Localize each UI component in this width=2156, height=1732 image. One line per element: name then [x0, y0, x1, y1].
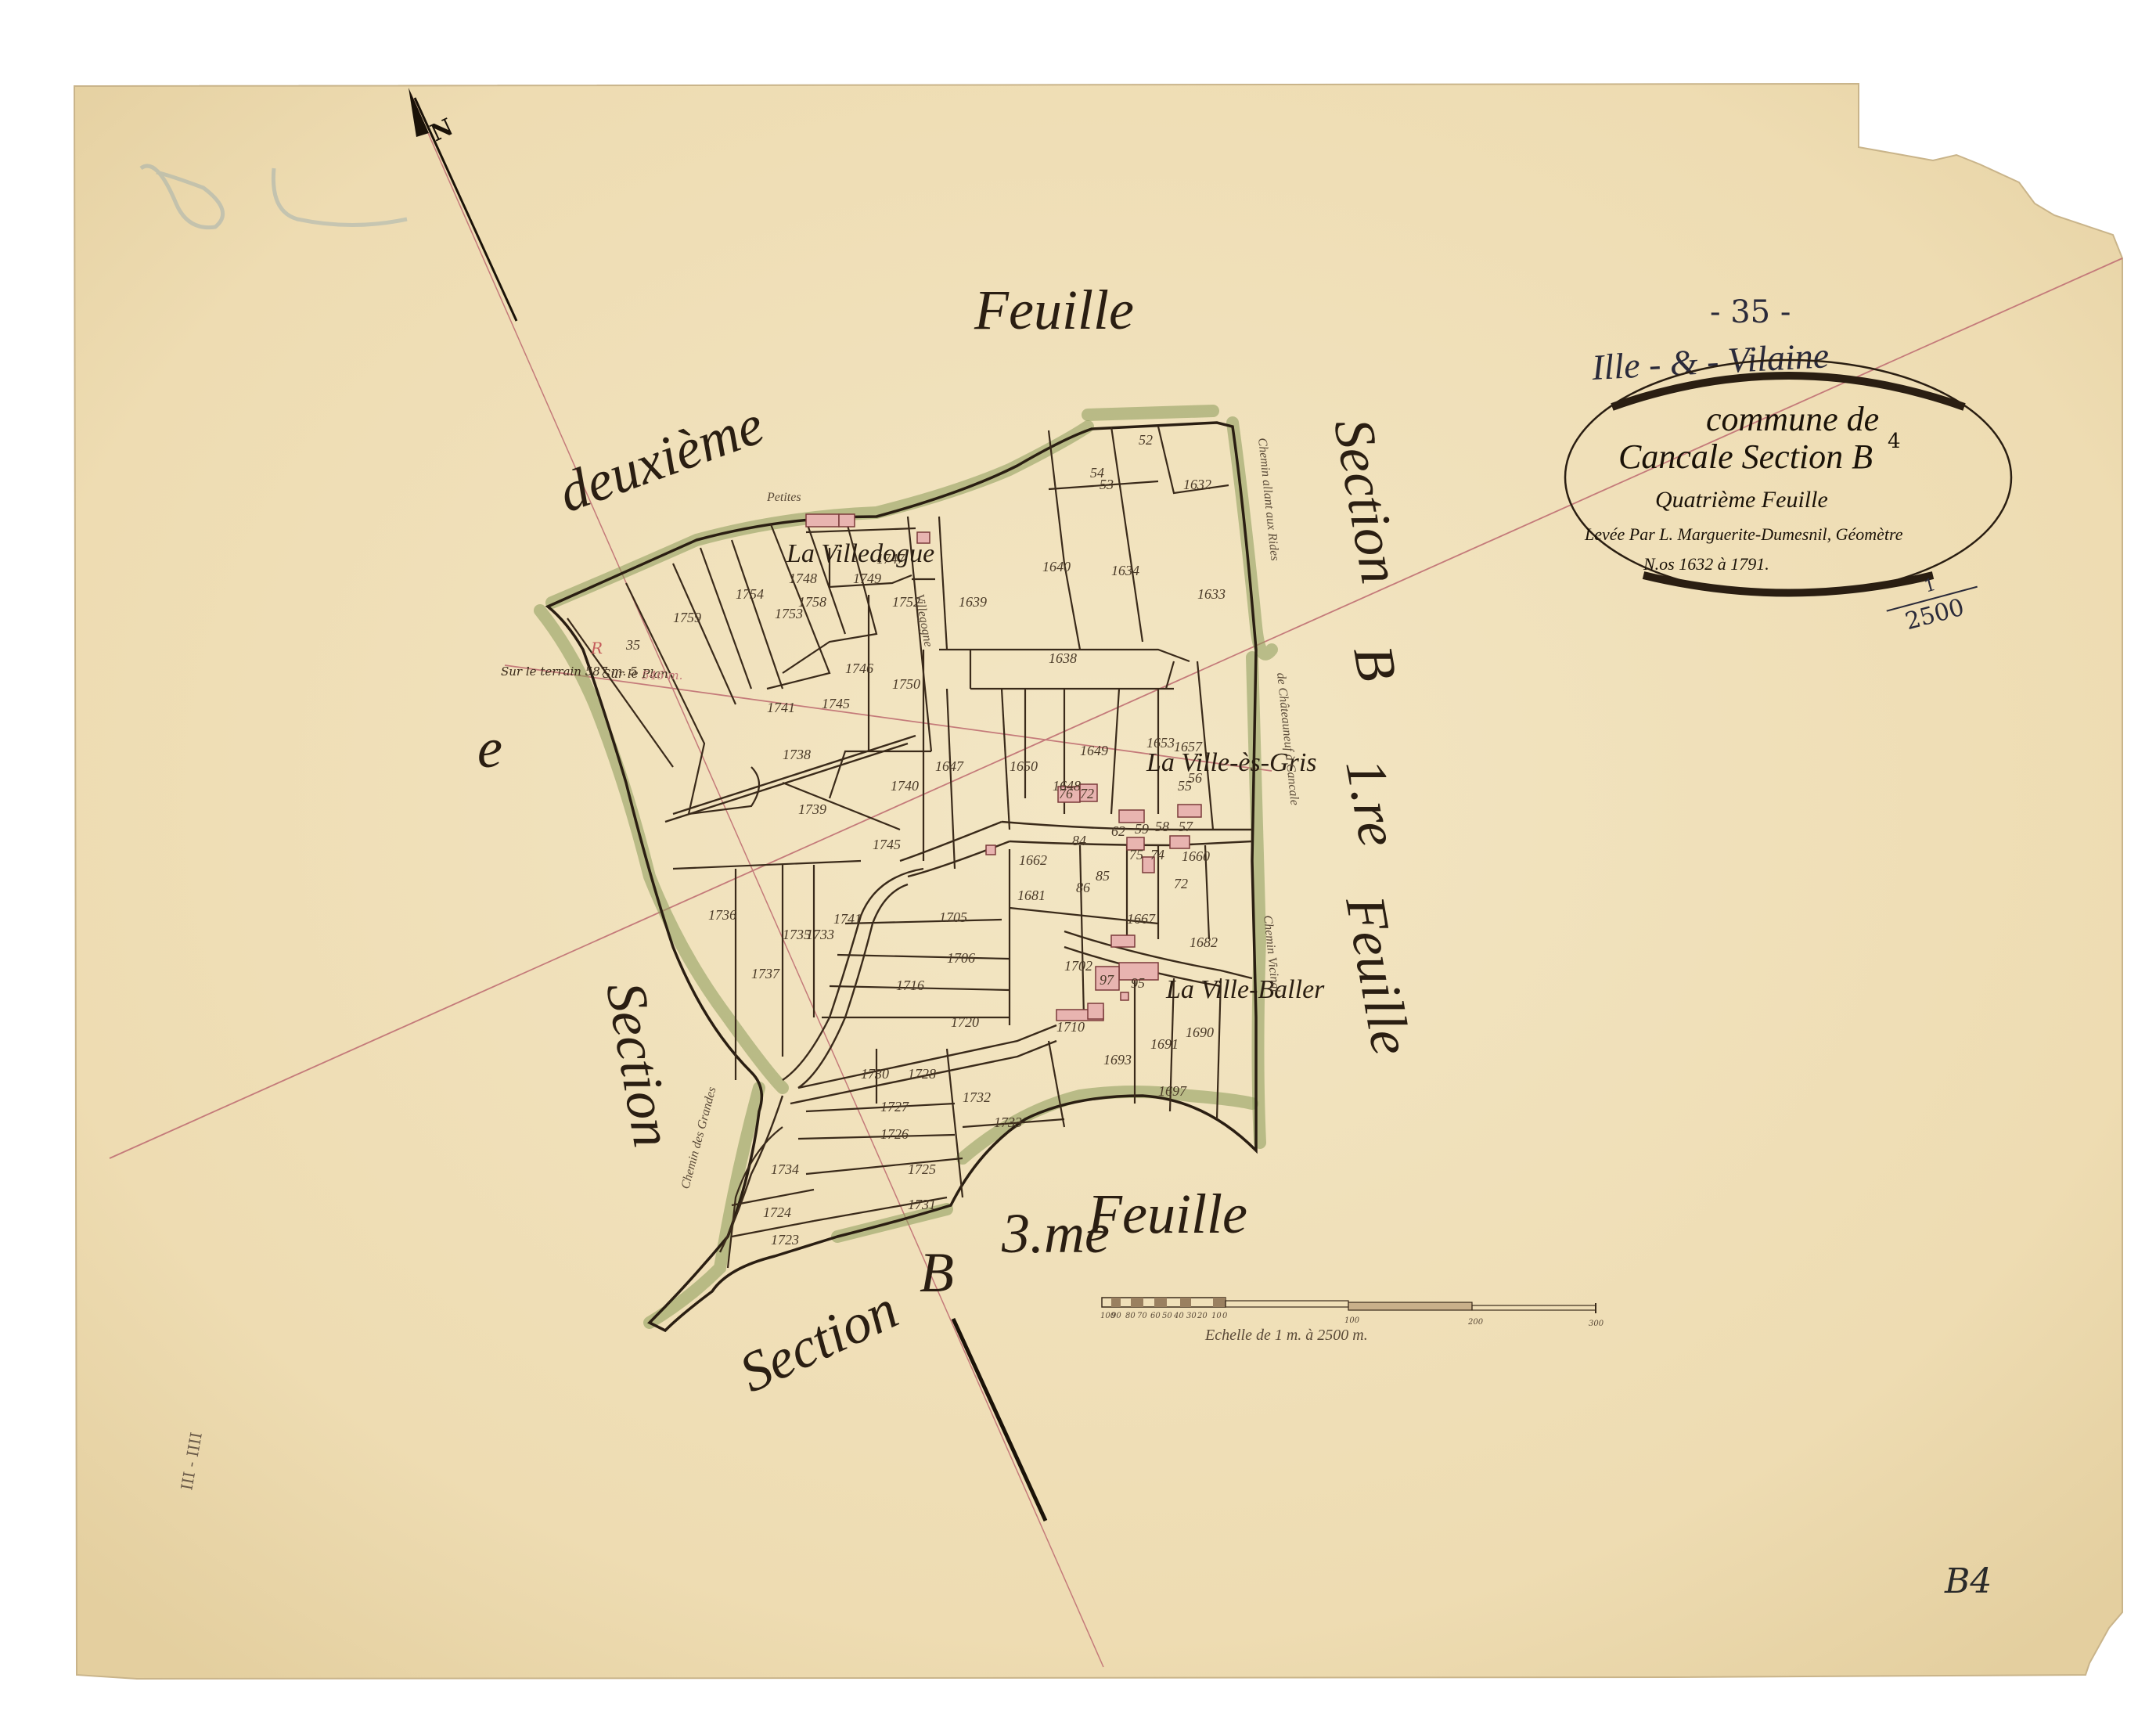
label-feuille-top: Feuille	[974, 279, 1134, 341]
parcel-number: 1716	[896, 978, 924, 993]
parcel-number: 1749	[853, 571, 881, 586]
parcel-number: 1720	[951, 1014, 979, 1030]
parcel-number: 72	[1174, 876, 1188, 891]
scale-tick: 20	[1197, 1312, 1208, 1320]
scale-tick: 90	[1111, 1312, 1121, 1320]
parcel-number: 72	[1080, 786, 1094, 801]
parcel-number: 1662	[1019, 852, 1047, 868]
parcel-number: 84	[1072, 833, 1086, 848]
parcel-number: 1727	[880, 1099, 909, 1114]
cartouche-quatrieme-feuille: Quatrième Feuille	[1655, 487, 1828, 513]
label-e: e	[477, 717, 502, 780]
parcel-number: 1741	[833, 911, 862, 927]
parcel-number: 1681	[1017, 888, 1046, 903]
parcel-number: 1733	[994, 1114, 1022, 1130]
scale-tick: 60	[1150, 1312, 1161, 1320]
parcel-number: 1740	[891, 778, 919, 794]
parcel-number: 1759	[673, 610, 701, 625]
parcel-number: 1739	[798, 801, 826, 817]
cartouche-cancale-section: Cancale Section B	[1618, 438, 1873, 476]
parcel-number: 58	[1155, 819, 1169, 834]
parcel-number: 1745	[873, 837, 901, 852]
cartouche-dept-number: - 35 -	[1710, 294, 1791, 330]
parcel-number: 85	[1096, 868, 1110, 884]
parcel-number: 59	[1135, 821, 1149, 837]
parcel-number: 1748	[789, 571, 817, 586]
scale-tick: 70	[1137, 1312, 1147, 1320]
parcel-number: 1728	[908, 1066, 936, 1082]
parcel-number: 76	[1059, 786, 1073, 801]
sheet-code-b4: B4	[1944, 1561, 1992, 1601]
scale-bar-caption: Echelle de 1 m. à 2500 m.	[1204, 1327, 1368, 1344]
parcel-number: 74	[1150, 847, 1164, 862]
cartouche-parcel-range: N.os 1632 à 1791.	[1643, 554, 1769, 574]
parcel-number: 1660	[1182, 848, 1210, 864]
scale-tick: 100	[1344, 1316, 1360, 1325]
cartouche-section-superscript: 4	[1888, 430, 1901, 453]
scale-tick: 80	[1125, 1312, 1136, 1320]
scale-tick: 200	[1467, 1318, 1484, 1327]
parcel-number: 1741	[767, 700, 795, 715]
parcel-number: 1736	[708, 907, 736, 923]
parcel-number: 1682	[1190, 934, 1218, 950]
parcel-number: 1633	[1197, 586, 1226, 602]
label-feuille-bottom: Feuille	[1087, 1183, 1247, 1245]
scale-tick: 300	[1589, 1320, 1604, 1328]
parcel-number: 1647	[935, 758, 964, 774]
parcel-number: 1691	[1150, 1036, 1179, 1052]
parcel-number: 1737	[751, 966, 780, 981]
parcel-number: 62	[1111, 823, 1125, 839]
parcel-number: 1726	[880, 1126, 909, 1142]
parcel-number: 1738	[783, 747, 811, 762]
parcel-number: 1758	[798, 594, 826, 610]
parcel-number: 1693	[1103, 1052, 1132, 1068]
parcel-number: 1640	[1042, 559, 1071, 574]
parcel-number: 1754	[736, 586, 764, 602]
parcel-number: 1710	[1056, 1019, 1085, 1035]
scale-tick: 50	[1162, 1312, 1172, 1320]
parcel-number: 1731	[908, 1197, 936, 1212]
parcel-number: 57	[1179, 819, 1193, 834]
parcel-number: 86	[1076, 880, 1090, 895]
parcel-number: 1632	[1183, 477, 1211, 492]
parcel-number: 1634	[1111, 563, 1139, 578]
parcel-number: 95	[1131, 975, 1145, 991]
parcel-number: 1706	[947, 950, 975, 966]
village-la-ville-baller: La Ville-Baller	[1165, 975, 1325, 1004]
parcel-number: 1702	[1064, 958, 1092, 974]
parcel-number: 52	[1139, 432, 1153, 448]
parcel-number: 1730	[861, 1066, 889, 1082]
parcel-number: 1638	[1049, 650, 1077, 666]
parcel-number: 35	[625, 637, 640, 653]
parcel-number: 97	[1100, 972, 1114, 988]
parcel-number: 1639	[959, 594, 987, 610]
survey-marker-r: R	[590, 639, 603, 657]
survey-note-value: 546 m.	[642, 668, 682, 682]
scale-tick: 10	[1211, 1312, 1222, 1320]
parcel-number: 1746	[845, 661, 873, 676]
parcel-number: 1750	[892, 676, 920, 692]
parcel-number: 1745	[822, 696, 850, 711]
parcel-number: 1697	[1158, 1083, 1187, 1099]
scale-tick: 30	[1186, 1312, 1197, 1320]
parcel-number: 1733	[806, 927, 834, 942]
scale-tick: 0	[1222, 1312, 1228, 1320]
parcel-number: 1649	[1080, 743, 1108, 758]
parcel-number: 1724	[763, 1204, 791, 1220]
cartouche-surveyor: Levée Par L. Marguerite-Dumesnil, Géomèt…	[1584, 524, 1903, 544]
parcel-number: 1705	[939, 909, 967, 925]
label-b-bottom: B	[920, 1241, 954, 1304]
parcel-number: 53	[1100, 477, 1114, 492]
village-la-villedogue: La Villedogue	[786, 539, 934, 568]
parcel-number: 1667	[1127, 911, 1156, 927]
cadastral-map-sheet: N	[0, 0, 2156, 1732]
scale-tick: 40	[1173, 1312, 1184, 1320]
parcel-number: 1734	[771, 1161, 799, 1177]
parcel-number: 1732	[963, 1089, 991, 1105]
parcel-number: 1650	[1010, 758, 1038, 774]
parcel-number: 1690	[1186, 1024, 1214, 1040]
parcel-number: 1723	[771, 1232, 799, 1248]
road-petites: Petites	[766, 491, 801, 504]
parcel-number: 1725	[908, 1161, 936, 1177]
cartouche-commune-de: commune de	[1706, 400, 1879, 438]
map-canvas: N	[0, 0, 2156, 1732]
parcel-number: 75	[1129, 847, 1143, 862]
